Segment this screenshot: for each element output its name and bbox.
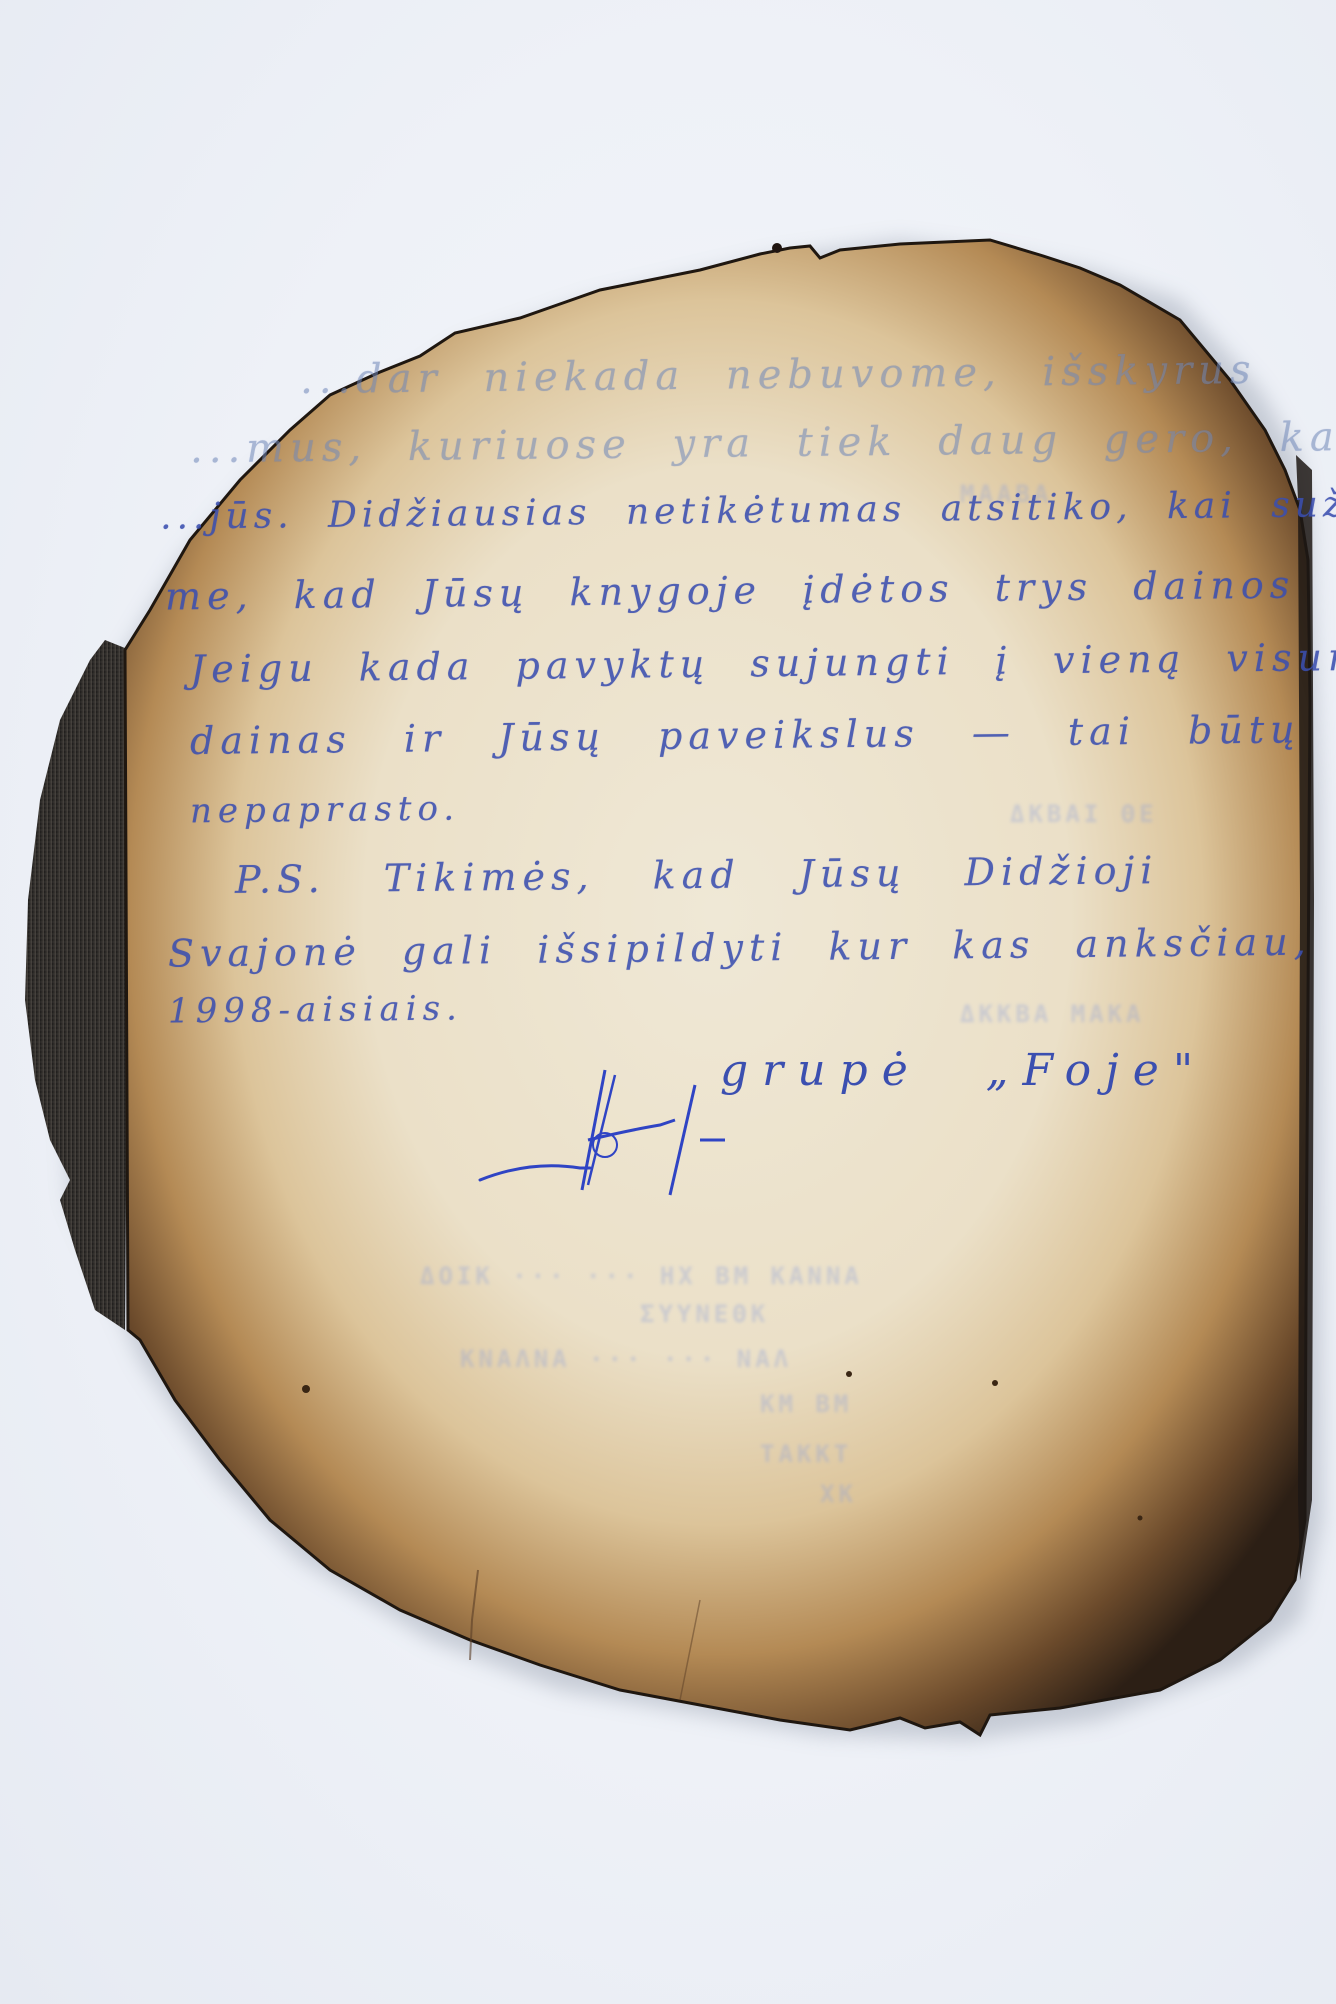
burn-speck <box>992 1380 998 1386</box>
burnt-letter-paper <box>0 0 1336 2004</box>
burn-speck <box>772 243 782 253</box>
burn-speck <box>1138 1516 1143 1521</box>
paper-body <box>125 240 1310 1735</box>
burn-speck <box>302 1385 310 1393</box>
burn-speck <box>846 1371 852 1377</box>
cloth-spine <box>25 640 130 1330</box>
